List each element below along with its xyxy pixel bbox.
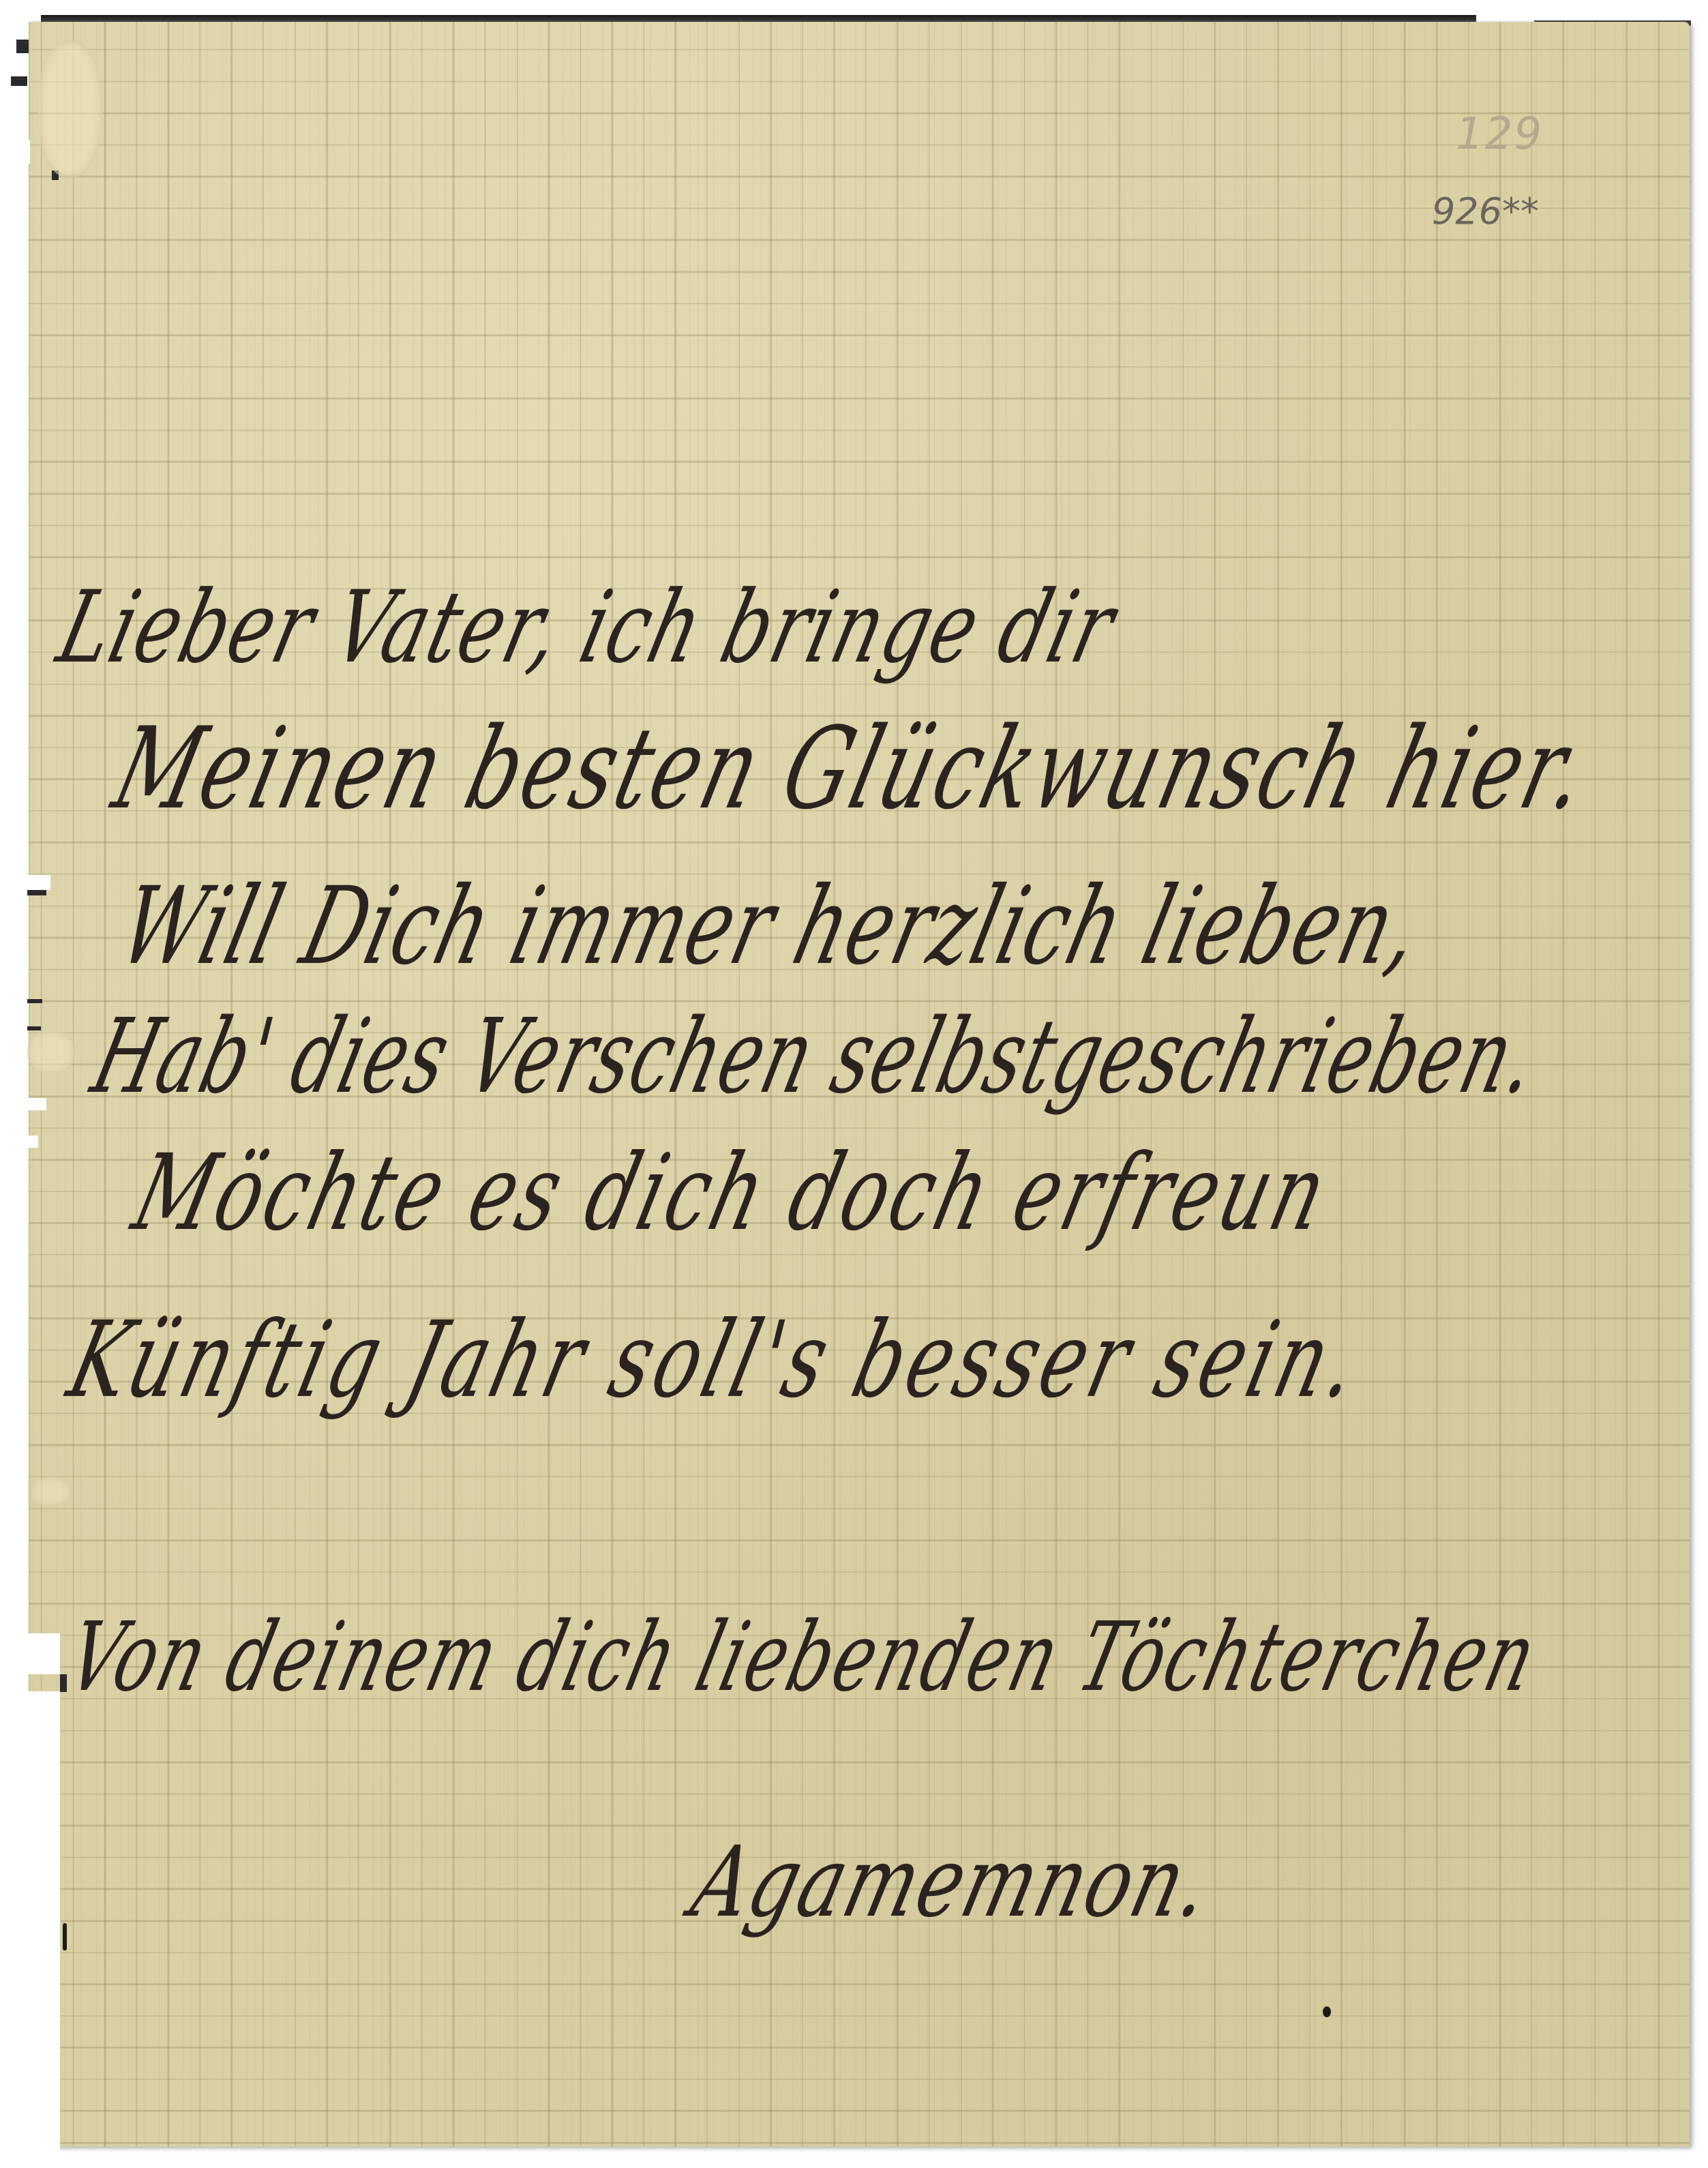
archive-number: 926** xyxy=(1432,190,1539,233)
torn-edge xyxy=(27,1026,41,1030)
poem-line-2: Meinen besten Glückwunsch hier. xyxy=(102,702,1602,834)
torn-edge xyxy=(26,1633,60,1674)
ink-blot xyxy=(1323,2006,1331,2017)
tape-patch xyxy=(31,1476,72,1507)
torn-edge xyxy=(26,1135,38,1148)
poem-line-3: Will Dich immer herzlich lieben, xyxy=(109,865,1433,989)
torn-edge xyxy=(25,140,30,164)
closing-line: Von deinem dich liebenden Töchterchen xyxy=(58,1601,1548,1713)
torn-edge xyxy=(11,76,27,86)
torn-edge xyxy=(26,875,50,890)
torn-edge xyxy=(27,999,42,1003)
archive-number-faint: 129 xyxy=(1456,109,1543,160)
signature: Agamemnon. xyxy=(682,1826,1223,1939)
poem-line-4: Hab' dies Verschen selbstgeschrieben. xyxy=(82,996,1550,1116)
torn-edge xyxy=(27,890,46,895)
margin-ink-mark xyxy=(63,1923,67,1950)
paper-stain xyxy=(38,41,102,177)
torn-edge xyxy=(16,40,29,53)
torn-edge xyxy=(26,1691,60,2155)
poem-line-6: Künftig Jahr soll's besser sein. xyxy=(58,1298,1374,1421)
torn-edge xyxy=(26,1098,46,1110)
poem-line-5: Möchte es dich doch erfreun xyxy=(123,1131,1341,1253)
poem-line-1: Lieber Vater, ich bringe dir xyxy=(48,570,1126,685)
paper-stain xyxy=(27,1030,75,1074)
